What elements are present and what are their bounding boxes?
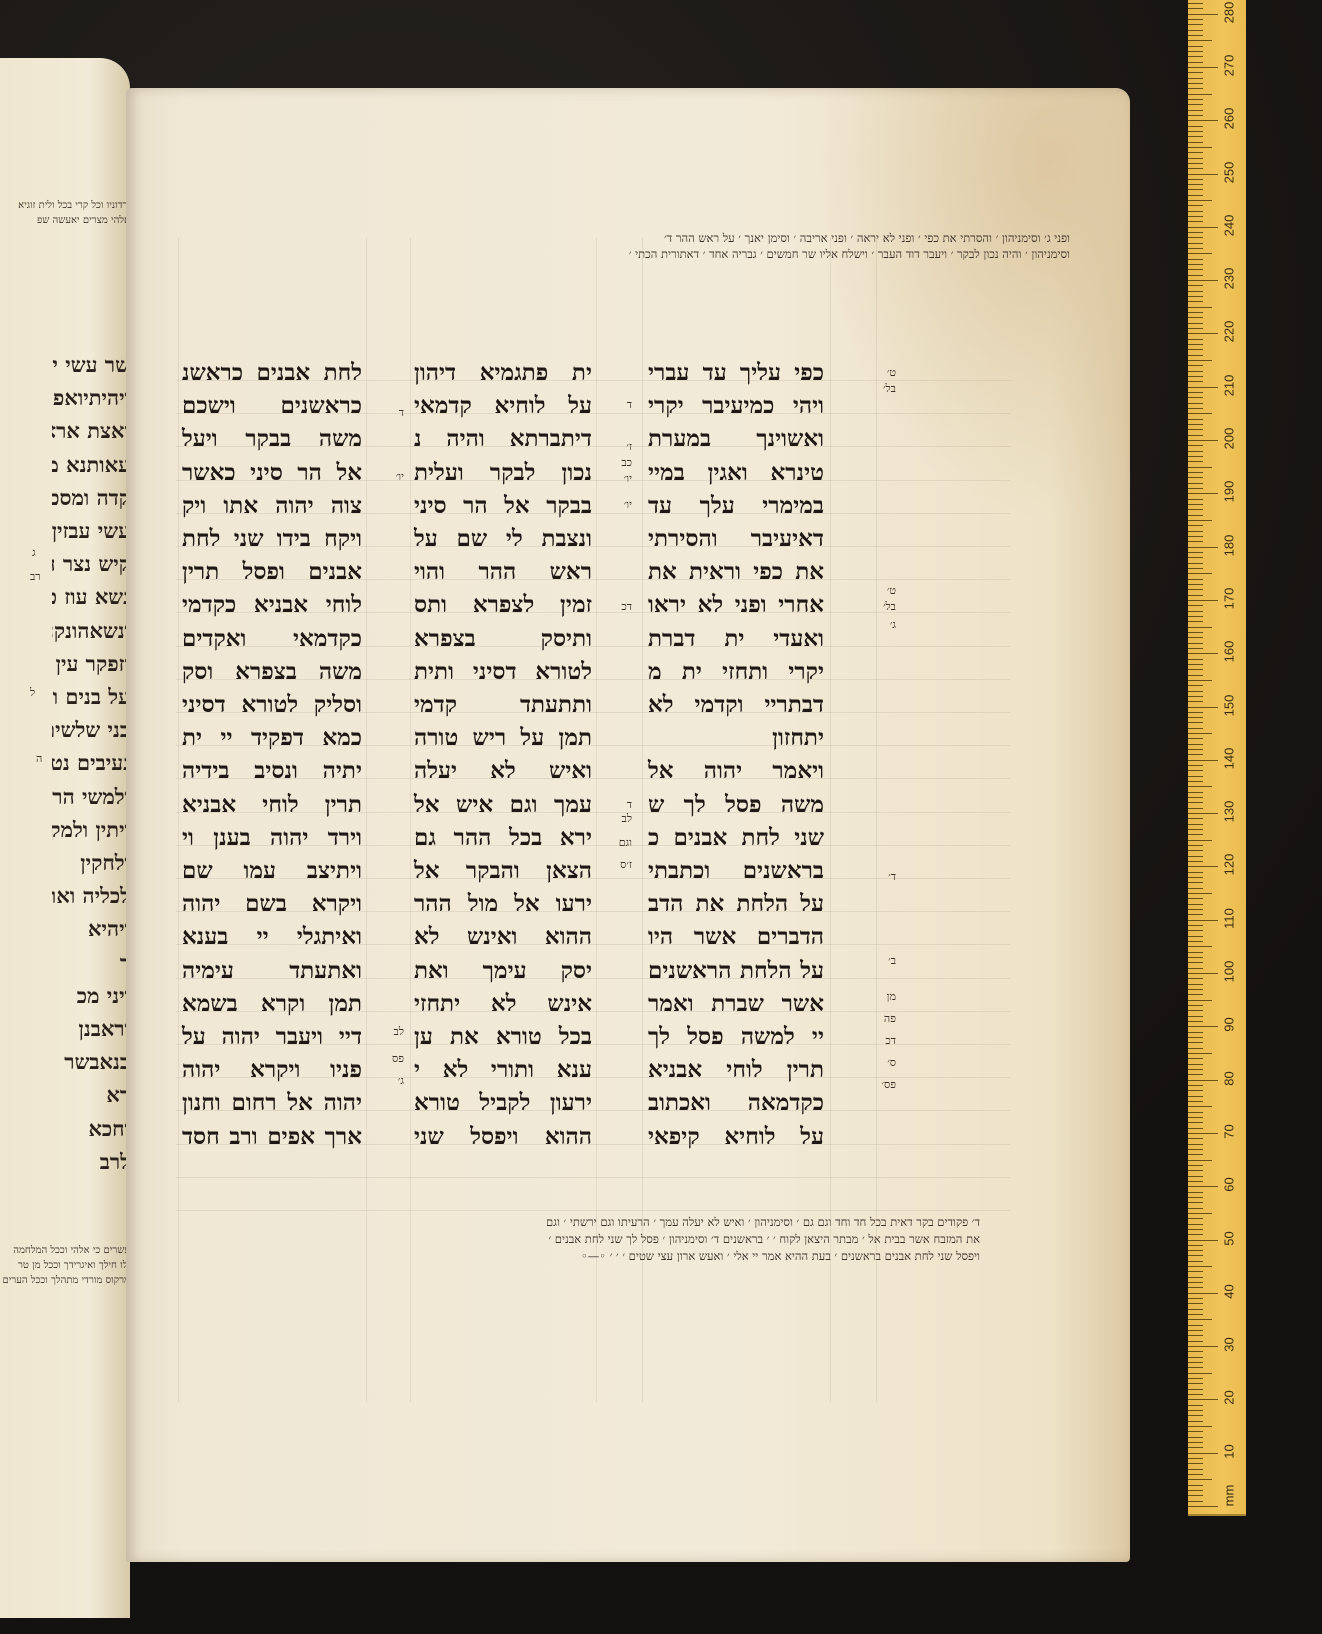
- ruler-tick: [1188, 499, 1203, 500]
- ruler-tick: [1188, 1117, 1203, 1118]
- ruler-label: 230: [1222, 264, 1237, 294]
- text-line: ירעו אל מול ההר: [414, 887, 592, 920]
- ruler-tick: [1188, 8, 1203, 9]
- ruler-tick: [1188, 78, 1203, 79]
- text-line: ד: [52, 946, 130, 979]
- ruler-tick: [1188, 818, 1203, 819]
- ruler-tick: [1188, 877, 1203, 878]
- ruler-tick: [1188, 360, 1212, 361]
- text-line: ית פתגמיא דיהון: [414, 356, 592, 389]
- ruler-tick: [1188, 259, 1203, 260]
- text-line: נכון לבקר ועלית: [414, 456, 592, 489]
- ruler-tick: [1188, 488, 1203, 489]
- ruler-tick: [1188, 142, 1203, 143]
- text-line: לכליה ואר: [52, 879, 130, 912]
- text-line: צוה יהוה אתו ויק: [182, 489, 362, 522]
- ruler-tick: [1188, 344, 1203, 345]
- ruler-tick: [1188, 525, 1203, 526]
- ruler-tick: [1188, 227, 1218, 228]
- ruler-tick: [1188, 824, 1203, 825]
- ruler-tick: [1188, 3, 1203, 4]
- ruler-tick: [1188, 269, 1203, 270]
- ruler-label: 60: [1222, 1170, 1237, 1200]
- text-line: יי למשה פסל לך: [648, 1020, 824, 1053]
- ruler-tick: [1188, 680, 1212, 681]
- ruler-label: 50: [1222, 1223, 1237, 1253]
- text-line: ויקח בידו שני לחת: [182, 522, 362, 555]
- ruler-tick: [1188, 339, 1203, 340]
- margin-note: ד׳: [888, 870, 896, 884]
- text-line: ונצבת לי שם על: [414, 522, 592, 555]
- margin-note: ג׳: [890, 618, 896, 632]
- ruler-label: 10: [1222, 1436, 1237, 1466]
- ruler-tick: [1188, 413, 1212, 414]
- ruler-tick: [1188, 200, 1212, 201]
- ruler-tick: [1188, 1303, 1203, 1304]
- ruler-tick: [1188, 136, 1203, 137]
- ruler-tick: [1188, 1490, 1203, 1491]
- ruler-tick: [1188, 515, 1203, 516]
- ruler-tick: [1188, 717, 1203, 718]
- ruler-tick: [1188, 62, 1203, 63]
- masorah-line: ופני ג׳ וסימניהון ׳ והסרתי את כפי ׳ ופני…: [210, 230, 1070, 246]
- ruler-label: 260: [1222, 104, 1237, 134]
- ruler-tick: [1188, 1133, 1218, 1134]
- ruler-tick: [1188, 840, 1212, 841]
- text-line: ואתעתד עימיה: [182, 954, 362, 987]
- text-line: ואיתגלי יי בענא: [182, 920, 362, 953]
- ruler-tick: [1188, 957, 1203, 958]
- ruler-tick: [1188, 1309, 1203, 1310]
- ruler-tick: [1188, 531, 1203, 532]
- ruler-tick: [1188, 648, 1203, 649]
- text-line: עשי עבזין וקיו: [52, 514, 130, 547]
- left-margin-note: רב: [30, 570, 41, 583]
- ruler-tick: [1188, 1160, 1212, 1161]
- margin-note: בל׳: [883, 382, 896, 396]
- masorah-line: אלהי מצרים יאעשה שפ: [0, 213, 130, 228]
- text-line: ותיסק בצפרא: [414, 622, 592, 655]
- text-line: טינרא ואגין במיי: [648, 456, 824, 489]
- ruler-tick: [1188, 280, 1218, 281]
- text-line: כמא דפקיד יי ית: [182, 721, 362, 754]
- ruler-tick: [1188, 1021, 1203, 1022]
- ruler-tick: [1188, 946, 1212, 947]
- ruler-tick: [1188, 563, 1203, 564]
- ruler-tick: [1188, 749, 1203, 750]
- ruler-tick: [1188, 1261, 1203, 1262]
- text-line: עאותנא מרת: [52, 448, 130, 481]
- ruler-tick: [1188, 419, 1203, 420]
- ruler-tick: [1188, 941, 1203, 942]
- ruler-tick: [1188, 1064, 1203, 1065]
- ruler-tick: [1188, 850, 1203, 851]
- ruler-tick: [1188, 1415, 1203, 1416]
- text-line: משה בצפרא וסק: [182, 655, 362, 688]
- ruling-line: [176, 878, 1010, 879]
- ruler-tick: [1188, 440, 1218, 441]
- ruler-tick: [1188, 152, 1203, 153]
- ruler-tick: [1188, 1165, 1203, 1166]
- margin-note: דכ: [885, 1034, 896, 1048]
- ruler-tick: [1188, 1154, 1203, 1155]
- ruler-tick: [1188, 920, 1218, 921]
- ruler-tick: [1188, 509, 1203, 510]
- text-line: אחרי ופני לא יראו: [648, 588, 824, 621]
- ruler-tick: [1188, 376, 1203, 377]
- ruler-label: 200: [1222, 424, 1237, 454]
- text-line: יתחזון: [648, 721, 824, 754]
- ruler-tick: [1188, 296, 1203, 297]
- text-line: דיתברתא והיה נ: [414, 422, 592, 455]
- ruler-tick: [1188, 355, 1203, 356]
- ruler-tick: [1188, 968, 1203, 969]
- ruler-tick: [1188, 781, 1203, 782]
- ruler-tick: [1188, 1485, 1203, 1486]
- ruler-tick: [1188, 115, 1203, 116]
- ruler-tick: [1188, 429, 1203, 430]
- masorah-line: ירדוניו וכל קרי בכל ולית זוגיא: [0, 198, 130, 213]
- margin-note: פס: [392, 1052, 404, 1066]
- text-line: במימרי עלך עד: [648, 489, 824, 522]
- ruler-label: 280: [1222, 0, 1237, 27]
- ruler-tick: [1188, 1314, 1203, 1315]
- ruler-tick: [1188, 669, 1203, 670]
- ruler-tick: [1188, 67, 1218, 68]
- ruler-tick: [1188, 1181, 1203, 1182]
- ruler-tick: [1188, 392, 1203, 393]
- text-line: ההוא ואינש לא: [414, 920, 592, 953]
- ruler-tick: [1188, 1495, 1203, 1496]
- ruler-tick: [1188, 834, 1203, 835]
- ruler-tick: [1188, 285, 1203, 286]
- ruler-tick: [1188, 1426, 1212, 1427]
- ruler-tick: [1188, 19, 1203, 20]
- text-line: הדברים אשר היו: [648, 920, 824, 953]
- text-line: ארך אפים ורב חסד: [182, 1120, 362, 1153]
- ruler-tick: [1188, 1437, 1203, 1438]
- ruler-tick: [1188, 56, 1203, 57]
- text-line: ויהיתיואפודי: [52, 381, 130, 414]
- margin-note: ס׳: [887, 1056, 896, 1070]
- text-line: ויתין ולמקר: [52, 813, 130, 846]
- text-line: וראבנן: [52, 1012, 130, 1045]
- text-line: ירעון לקביל טורא: [414, 1086, 592, 1119]
- ruling-line: [176, 745, 1010, 746]
- text-line: בכל טורא את ען: [414, 1020, 592, 1053]
- ruler-tick: [1188, 1048, 1203, 1049]
- ruler-tick: [1188, 1469, 1203, 1470]
- ruler-label: 180: [1222, 530, 1237, 560]
- ruler-tick: [1188, 221, 1203, 222]
- text-line: ויהיא: [52, 912, 130, 945]
- ruler-tick: [1188, 552, 1203, 553]
- text-line: הצאן והבקר אל: [414, 854, 592, 887]
- ruler-tick: [1188, 1399, 1218, 1400]
- text-line: יאצת ארא: [52, 414, 130, 447]
- text-line: ולמשי הרין: [52, 780, 130, 813]
- ruler-label: 120: [1222, 850, 1237, 880]
- text-line: ענא ותורי לא י: [414, 1053, 592, 1086]
- text-line: ואיש לא יעלה: [414, 754, 592, 787]
- ruler-label: 240: [1222, 210, 1237, 240]
- ruler-tick: [1188, 1287, 1203, 1288]
- text-line: פניו ויקרא יהוה: [182, 1053, 362, 1086]
- ruling-line: [176, 712, 1010, 713]
- text-line: ויאמר יהוה אל: [648, 754, 824, 787]
- margin-note: יו׳: [396, 470, 404, 484]
- text-line: יזפקר עין: [52, 647, 130, 680]
- ruler-label: 150: [1222, 690, 1237, 720]
- ruling-line: [176, 1110, 1010, 1111]
- margin-note: לב: [394, 1025, 404, 1039]
- ruler-tick: [1188, 904, 1203, 905]
- ruler-tick: [1188, 1144, 1203, 1145]
- ruler-tick: [1188, 131, 1203, 132]
- ruler-tick: [1188, 898, 1203, 899]
- ruler-tick: [1188, 1122, 1203, 1123]
- left-page-footer-masorah: עשרים כי אלהי וככל המלחמה ילו חילך ואיגר…: [0, 1243, 130, 1288]
- text-line: ואעדי ית דברת: [648, 622, 824, 655]
- ruler-tick: [1188, 349, 1203, 350]
- ruler-tick: [1188, 477, 1203, 478]
- text-line: אבנים ופסל תרין: [182, 555, 362, 588]
- ruler-tick: [1188, 435, 1203, 436]
- ruler-tick: [1188, 1037, 1203, 1038]
- ruler-tick: [1188, 856, 1203, 857]
- ruler-tick: [1188, 914, 1203, 915]
- ruler-label: 270: [1222, 50, 1237, 80]
- scale-ruler: mm 1020304050607080901001101201301401501…: [1188, 0, 1246, 1516]
- ruling-line: [176, 380, 1010, 381]
- ruler-tick: [1188, 387, 1218, 388]
- masorah-line: ד׳ פקודים בקר דאית בכל חד וחד וגם גם ׳ ו…: [240, 1214, 980, 1231]
- masorah-line: את המזבח אשר בבית אל ׳ מבתר היצאן לקוח ׳…: [240, 1231, 980, 1248]
- ruler-tick: [1188, 765, 1203, 766]
- ruler-tick: [1188, 813, 1218, 814]
- text-line: לרב: [52, 1145, 130, 1178]
- text-line: יסק עימך ואת: [414, 954, 592, 987]
- ruler-tick: [1188, 1373, 1212, 1374]
- ruler-label: 90: [1222, 1010, 1237, 1040]
- ruler-label: 70: [1222, 1116, 1237, 1146]
- ruler-tick: [1188, 1042, 1203, 1043]
- ruler-tick: [1188, 541, 1203, 542]
- ruler-tick: [1188, 1186, 1218, 1187]
- ruling-line: [176, 513, 1010, 514]
- ruler-tick: [1188, 1176, 1203, 1177]
- left-page-header-masorah: ירדוניו וכל קרי בכל ולית זוגיא אלהי מצרי…: [0, 198, 130, 228]
- masorah-line: ויפסל שני לחת אבנים בראשנים ׳ בעת ההיא א…: [240, 1248, 980, 1265]
- ruling-line: [176, 446, 1010, 447]
- ruling-line-vertical: [876, 238, 877, 1402]
- ruler-tick: [1188, 664, 1203, 665]
- ruling-line: [176, 679, 1010, 680]
- ruler-tick: [1188, 930, 1203, 931]
- ruling-line: [176, 911, 1010, 912]
- ruling-line: [176, 546, 1010, 547]
- text-line: ויני מכ: [52, 979, 130, 1012]
- ruler-tick: [1188, 1463, 1203, 1464]
- text-line: דא: [52, 1078, 130, 1111]
- ruler-tick: [1188, 712, 1203, 713]
- text-line: אל הר סיני כאשר: [182, 456, 362, 489]
- text-line: על הלחת את הדב: [648, 887, 824, 920]
- ruler-tick: [1188, 1298, 1203, 1299]
- ruler-tick: [1188, 1335, 1203, 1336]
- ruler-tick: [1188, 1431, 1203, 1432]
- ruler-tick: [1188, 1213, 1212, 1214]
- ruler-label: 210: [1222, 370, 1237, 400]
- ruler-tick: [1188, 600, 1218, 601]
- ruler-tick: [1188, 643, 1203, 644]
- ruler-tick: [1188, 1362, 1203, 1363]
- ruler-tick: [1188, 520, 1212, 521]
- ruler-tick: [1188, 232, 1203, 233]
- ruler-tick: [1188, 1128, 1203, 1129]
- ruler-tick: [1188, 728, 1203, 729]
- margin-note: ז׳ס: [620, 858, 632, 872]
- ruler-tick: [1188, 866, 1218, 867]
- ruler-tick: [1188, 1458, 1203, 1459]
- ruler-tick: [1188, 504, 1203, 505]
- margin-note: ט׳: [887, 366, 896, 380]
- ruling-line-vertical: [642, 238, 643, 1402]
- ruler-tick: [1188, 1202, 1203, 1203]
- margin-note: מן: [887, 990, 896, 1004]
- ruling-line: [176, 812, 1010, 813]
- text-line: כפי עליך עד עברי: [648, 356, 824, 389]
- text-line: וירד יהוה בענן וי: [182, 821, 362, 854]
- ruler-tick: [1188, 94, 1212, 95]
- ruler-tick: [1188, 1234, 1203, 1235]
- text-line: תמן על ריש טורה: [414, 721, 592, 754]
- ruling-line: [176, 1210, 1010, 1211]
- ruler-tick: [1188, 808, 1203, 809]
- ruler-tick: [1188, 984, 1203, 985]
- ruler-tick: [1188, 589, 1203, 590]
- ruler-tick: [1188, 451, 1203, 452]
- ruler-tick: [1188, 1474, 1203, 1475]
- masorah-magna-bottom: ד׳ פקודים בקר דאית בכל חד וחד וגם גם ׳ ו…: [240, 1214, 980, 1265]
- ruling-line: [176, 480, 1010, 481]
- ruling-line-vertical: [410, 238, 411, 1402]
- ruler-tick: [1188, 456, 1203, 457]
- ruler-tick: [1188, 1069, 1203, 1070]
- ruler-tick: [1188, 797, 1203, 798]
- ruler-tick: [1188, 1218, 1203, 1219]
- text-line: תרין לוחי אבניא: [182, 788, 362, 821]
- ruler-tick: [1188, 1341, 1203, 1342]
- ruler-tick: [1188, 104, 1203, 105]
- ruler-tick: [1188, 861, 1203, 862]
- ruler-tick: [1188, 323, 1203, 324]
- text-line: נעיבים נטר: [52, 746, 130, 779]
- ruler-tick: [1188, 893, 1212, 894]
- ruler-tick: [1188, 584, 1203, 585]
- ruler-tick: [1188, 653, 1218, 654]
- ruler-label: 140: [1222, 743, 1237, 773]
- ruler-tick: [1188, 568, 1203, 569]
- text-line: יתיה ונסיב בידיה: [182, 754, 362, 787]
- ruler-tick: [1188, 1085, 1203, 1086]
- ruling-line: [176, 1044, 1010, 1045]
- ruler-tick: [1188, 1149, 1203, 1150]
- ruler-tick: [1188, 1170, 1203, 1171]
- ruler-tick: [1188, 1378, 1203, 1379]
- text-line: זמין לצפרא ותס: [414, 588, 592, 621]
- margin-note: פס׳: [881, 1078, 896, 1092]
- ruler-tick: [1188, 1394, 1203, 1395]
- ruler-tick: [1188, 802, 1203, 803]
- ruler-tick: [1188, 1282, 1203, 1283]
- text-line: בני שלשים: [52, 713, 130, 746]
- ruler-label: 100: [1222, 957, 1237, 987]
- ruler-tick: [1188, 483, 1203, 484]
- ruler-tick: [1188, 24, 1203, 25]
- ruler-tick: [1188, 1255, 1203, 1256]
- text-line: כקדמאה ואכתוב: [648, 1086, 824, 1119]
- text-line: ראש ההר והוי: [414, 555, 592, 588]
- ruler-tick: [1188, 1138, 1203, 1139]
- ruler-tick: [1188, 1240, 1218, 1241]
- text-line: ויהי כמיעיבר יקרי: [648, 389, 824, 422]
- ruler-tick: [1188, 579, 1203, 580]
- margin-note: ט׳: [887, 584, 896, 598]
- ruler-tick: [1188, 472, 1203, 473]
- ruler-tick: [1188, 1325, 1203, 1326]
- left-margin-note: ל: [30, 686, 35, 699]
- ruler-tick: [1188, 973, 1218, 974]
- text-line: דאיעיבר והסירתי: [648, 522, 824, 555]
- ruler-tick: [1188, 275, 1203, 276]
- ruler-tick: [1188, 248, 1203, 249]
- ruling-line: [176, 612, 1010, 613]
- text-line: בראשנים וכתבתי: [648, 854, 824, 887]
- text-column-left: לחת אבנים כראשנכראשנים וישכםמשה בבקר ויע…: [182, 356, 362, 1153]
- text-line: תרין לוחי אבניא: [648, 1053, 824, 1086]
- margin-notes-outer: ט׳בל׳ט׳בל׳ג׳ד׳ב׳מןפהדכס׳פס׳: [866, 0, 896, 10]
- ruler-label: 40: [1222, 1276, 1237, 1306]
- ruler-tick: [1188, 1410, 1203, 1411]
- ruler-tick: [1188, 792, 1203, 793]
- ruler-tick: [1188, 408, 1203, 409]
- manuscript-page: ופני ג׳ וסימניהון ׳ והסרתי את כפי ׳ ופני…: [126, 88, 1130, 1562]
- text-line: לטורא דסיני ותית: [414, 655, 592, 688]
- ruler-tick: [1188, 1080, 1218, 1081]
- ruler-tick: [1188, 1224, 1203, 1225]
- ruling-line: [176, 1144, 1010, 1145]
- ruler-tick: [1188, 237, 1203, 238]
- ruling-line-vertical: [830, 238, 831, 1402]
- ruler-tick: [1188, 35, 1203, 36]
- ruler-tick: [1188, 158, 1203, 159]
- text-line: דבתריי וקדמי לא: [648, 688, 824, 721]
- text-line: שר עשי יעשב: [52, 348, 130, 381]
- text-line: על לוחיא קדמאי: [414, 389, 592, 422]
- ruler-tick: [1188, 312, 1203, 313]
- ruler-tick: [1188, 675, 1203, 676]
- ruler-tick: [1188, 46, 1203, 47]
- text-line: נשא עוז פ: [52, 580, 130, 613]
- ruler-tick: [1188, 573, 1212, 574]
- ruler-tick: [1188, 1032, 1203, 1033]
- ruler-tick: [1188, 760, 1218, 761]
- ruler-tick: [1188, 1090, 1203, 1091]
- ruling-line: [176, 413, 1010, 414]
- ruler-label: 30: [1222, 1330, 1237, 1360]
- masorah-line: וסימניהון ׳ והיה נכון לבקר ׳ ויעבר דוד ה…: [210, 246, 1070, 262]
